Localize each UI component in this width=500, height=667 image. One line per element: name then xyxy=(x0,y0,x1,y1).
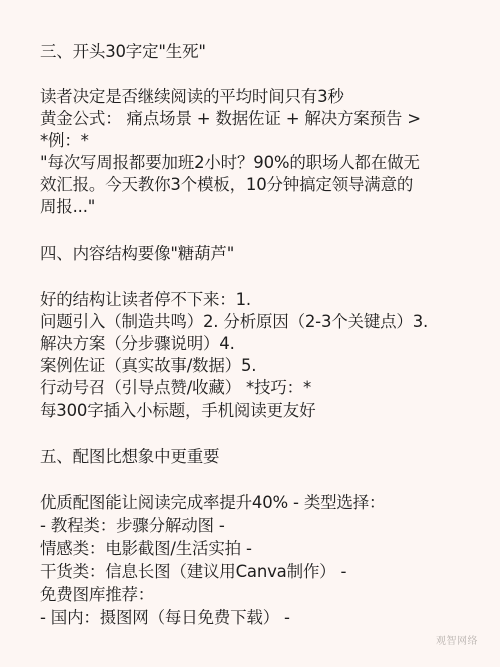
paragraph-line: 每300字插入小标题，手机阅读更友好 xyxy=(40,400,315,422)
paragraph-line: 免费图库推荐： xyxy=(40,584,154,606)
paragraph-line: 情感类：电影截图/生活实拍 - xyxy=(40,538,252,560)
paragraph-line: *例：* xyxy=(40,130,89,152)
paragraph-line: 行动号召（引导点赞/收藏） *技巧：* xyxy=(40,377,311,399)
section-heading-5: 五、配图比想象中更重要 xyxy=(40,446,219,468)
watermark: 观智网络 xyxy=(436,632,478,647)
paragraph-line: "每次写周报都要加班2小时？90%的职场人都在做无 xyxy=(40,152,420,174)
paragraph-line: 周报..." xyxy=(40,196,95,218)
paragraph-line: 黄金公式： 痛点场景 + 数据佐证 + 解决方案预告 > xyxy=(40,108,421,130)
section-heading-4: 四、内容结构要像"糖葫芦" xyxy=(40,243,234,265)
paragraph-line: 效汇报。今天教你3个模板，10分钟搞定领导满意的 xyxy=(40,174,413,196)
paragraph-line: 好的结构让读者停不下来：1. xyxy=(40,289,251,311)
paragraph-line: 案例佐证（真实故事/数据）5. xyxy=(40,355,256,377)
paragraph-line: - 教程类：步骤分解动图 - xyxy=(40,515,225,537)
paragraph-line: 读者决定是否继续阅读的平均时间只有3秒 xyxy=(40,86,344,108)
section-heading-3: 三、开头30字定"生死" xyxy=(40,41,206,63)
paragraph-line: 干货类：信息长图（建议用Canva制作） - xyxy=(40,561,346,583)
paragraph-line: 优质配图能让阅读完成率提升40% - 类型选择： xyxy=(40,492,385,514)
paragraph-line: - 国内：摄图网（每日免费下载） - xyxy=(40,607,290,629)
paragraph-line: 解决方案（分步骤说明）4. xyxy=(40,333,235,355)
paragraph-line: 问题引入（制造共鸣）2. 分析原因（2-3个关键点）3. xyxy=(40,311,428,333)
